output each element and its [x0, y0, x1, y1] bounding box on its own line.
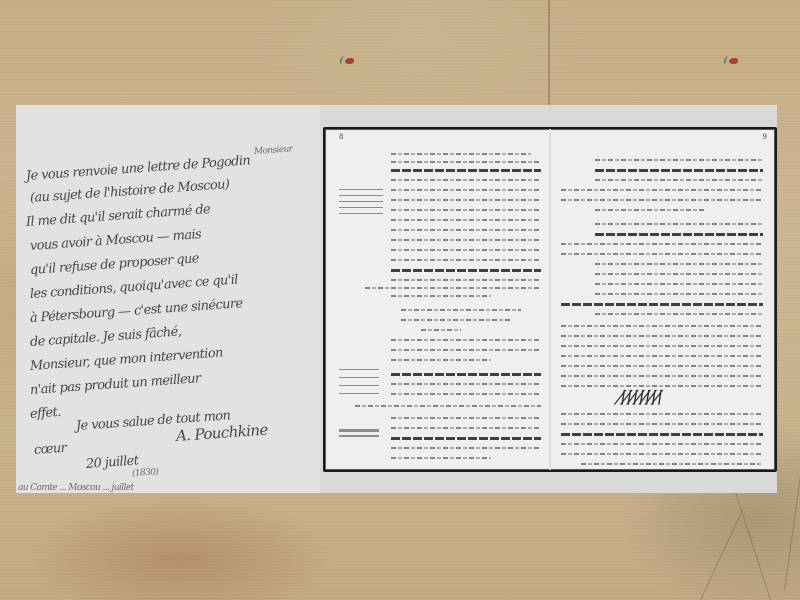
letter-line: qu'il refuse de proposer que [29, 251, 199, 278]
background-fern-stroke [700, 509, 743, 600]
letter-year: (1830) [132, 467, 159, 479]
background-ornament-mark [724, 56, 738, 64]
handwritten-letter-image: Monsieur Je vous renvoie une lettre de P… [16, 105, 320, 493]
letter-footer-note: au Comte ... Moscou ... juillet [18, 483, 134, 493]
letter-line: n'ait pas produit un meilleur [29, 371, 201, 398]
open-notebook-image: 8 [323, 127, 777, 472]
scribble-mark: /\/\/\/\/\/\/\ [612, 387, 665, 408]
letter-line: effet. [29, 405, 61, 422]
background-crease [548, 0, 550, 105]
letter-line: de capitale. Je suis fâché, [29, 324, 181, 350]
letter-line: à Pétersbourg — c'est une sinécure [29, 296, 243, 326]
letter-corner-note: Monsieur [254, 144, 293, 157]
background-ornament-mark [340, 56, 354, 64]
letter-line: vous avoir à Moscou — mais [29, 227, 201, 254]
background-fern-stroke [784, 125, 800, 591]
page-number: 8 [339, 133, 343, 141]
letter-line: cœur [33, 441, 66, 458]
notebook-left-page: 8 [325, 129, 549, 470]
page-number: 9 [763, 133, 767, 141]
letter-line: Il me dit qu'il serait charmé de [25, 202, 210, 230]
letter-line: Monsieur, que mon intervention [29, 346, 223, 374]
notebook-right-page: 9 /\/\/\/\/\/\/\ [551, 129, 775, 470]
